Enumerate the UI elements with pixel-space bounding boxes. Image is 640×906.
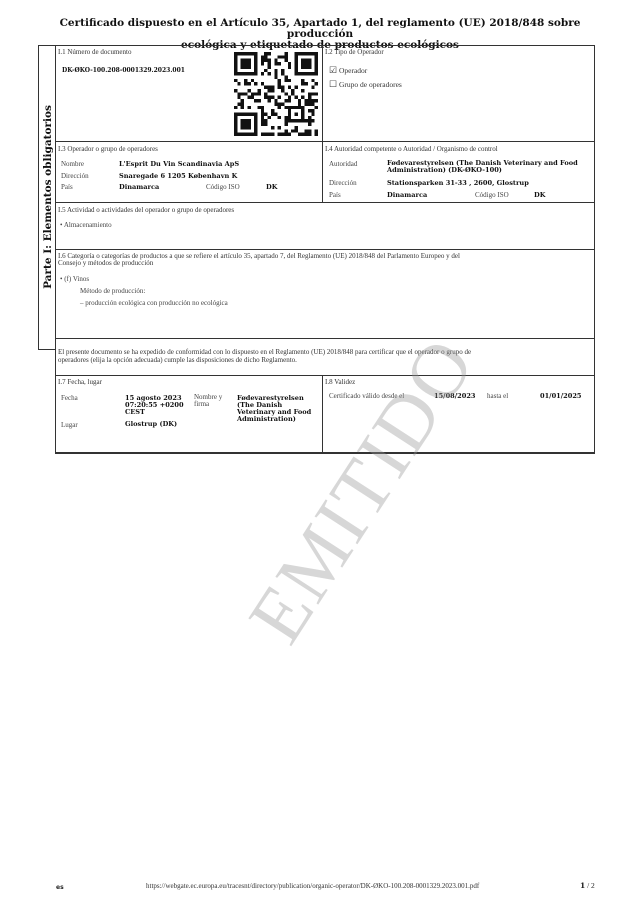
pais-label: País: [329, 191, 341, 199]
section-heading: I.8 Validez: [325, 378, 355, 386]
section-heading: I.4 Autoridad competente o Autoridad / O…: [325, 145, 498, 153]
statement-line2: operadores (elija la opción adecuada) cu…: [58, 357, 297, 364]
valid-from-label: Certificado válido desde el: [329, 392, 404, 400]
option-operador[interactable]: ☑ Operador: [329, 65, 367, 76]
checkbox-checked-icon[interactable]: ☑: [329, 65, 337, 75]
section-heading: I.2 Tipo de Operador: [325, 48, 384, 56]
lugar-value: Glostrup (DK): [125, 421, 177, 428]
title-line-1: Certificado dispuesto en el Artículo 35,…: [40, 18, 600, 40]
section-heading: I.3 Operador o grupo de operadores: [58, 145, 158, 153]
part-label: Parte I: Elementos obligatorios: [42, 105, 54, 289]
section-operator-type: I.2 Tipo de Operador ☑ Operador ☐ Grupo …: [322, 45, 595, 142]
autoridad-value-line2: Administration) (DK-ØKO-100): [387, 167, 502, 174]
valid-from-value: 15/08/2023: [434, 393, 476, 400]
pais-value: Dinamarca: [119, 184, 159, 191]
section-heading-line2: Consejo y métodos de producción: [58, 260, 153, 267]
qr-code-icon: [234, 52, 318, 136]
direccion-label: Dirección: [61, 172, 89, 180]
footer-url-link[interactable]: https://webgate.ec.europa.eu/tracesnt/di…: [146, 882, 479, 890]
section-operator: I.3 Operador o grupo de operadores Nombr…: [55, 141, 323, 203]
autoridad-label: Autoridad: [329, 160, 357, 168]
checkbox-unchecked-icon[interactable]: ☐: [329, 79, 337, 89]
option-label: Operador: [339, 66, 367, 75]
fecha-value-line3: CEST: [125, 409, 145, 416]
nombre-label: Nombre: [61, 160, 84, 168]
iso-label: Código ISO: [475, 191, 509, 199]
page-indicator: 1 / 2: [580, 881, 595, 890]
document-number: DK-ØKO-100.208-0001329.2023.001: [62, 67, 185, 74]
footer-language: es: [56, 884, 64, 891]
statement-box: El presente documento se ha expedido de …: [55, 338, 595, 376]
firma-value-line4: Administration): [237, 416, 296, 423]
statement-line1: El presente documento se ha expedido de …: [58, 349, 471, 356]
section-heading: I.7 Fecha, lugar: [58, 378, 102, 386]
section-validity: I.8 Validez Certificado válido desde el …: [322, 375, 595, 454]
section-heading: I.1 Número de documento: [58, 48, 131, 56]
section-date-place: I.7 Fecha, lugar Fecha 15 agosto 2023 07…: [55, 375, 323, 454]
section-activities: I.5 Actividad o actividades del operador…: [55, 202, 595, 250]
category-item: • (f) Vinos: [60, 275, 89, 283]
section-authority: I.4 Autoridad competente o Autoridad / O…: [322, 141, 595, 203]
method-value: – producción ecológica con producción no…: [80, 299, 228, 307]
lugar-label: Lugar: [61, 421, 78, 429]
valid-to-label: hasta el: [487, 392, 508, 400]
section-product-categories: I.6 Categoría o categorías de productos …: [55, 249, 595, 339]
method-label: Método de producción:: [80, 287, 145, 295]
activity-item: • Almacenamiento: [60, 221, 112, 229]
iso-label: Código ISO: [206, 183, 240, 191]
firma-label-line2: firma: [194, 401, 209, 408]
pais-label: País: [61, 183, 73, 191]
direccion-value: Stationsparken 31-33 , 2600, Glostrup: [387, 180, 529, 187]
valid-to-value: 01/01/2025: [540, 393, 582, 400]
direccion-label: Dirección: [329, 179, 357, 187]
iso-value: DK: [534, 192, 545, 199]
section-heading: I.5 Actividad o actividades del operador…: [58, 206, 234, 214]
fecha-label: Fecha: [61, 394, 78, 402]
nombre-value: L'Esprit Du Vin Scandinavia ApS: [119, 161, 239, 168]
pais-value: Dinamarca: [387, 192, 427, 199]
direccion-value: Snaregade 6 1205 København K: [119, 173, 237, 180]
iso-value: DK: [266, 184, 277, 191]
page-total: / 2: [585, 881, 595, 890]
option-grupo[interactable]: ☐ Grupo de operadores: [329, 79, 402, 90]
option-label: Grupo de operadores: [339, 80, 402, 89]
